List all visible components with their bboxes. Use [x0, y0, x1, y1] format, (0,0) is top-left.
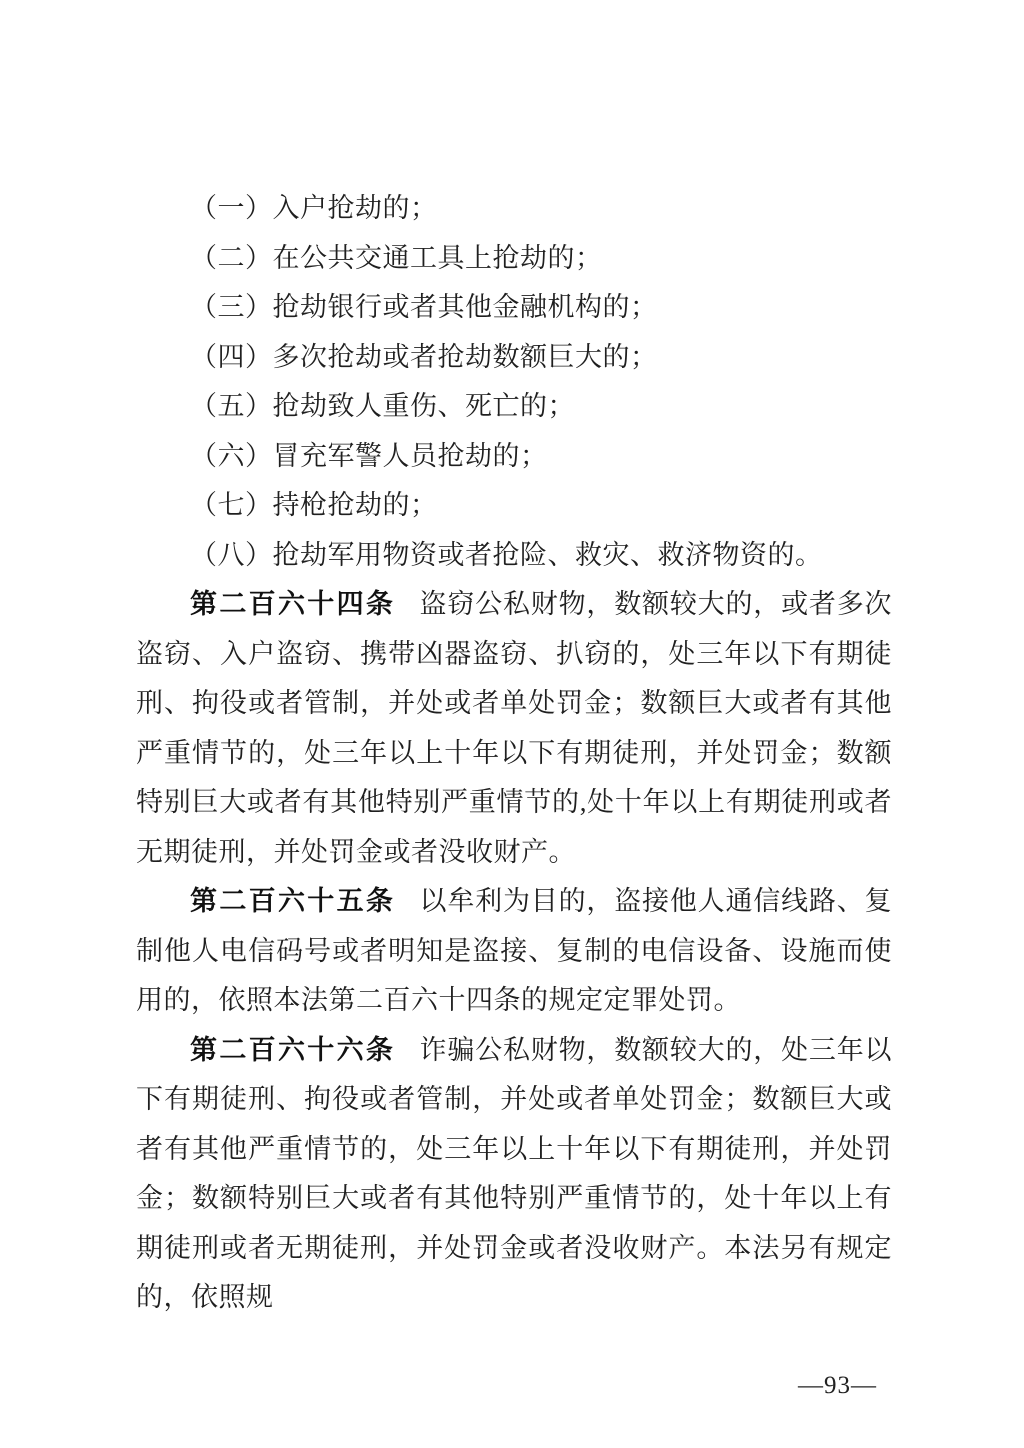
list-item-5: （五）抢劫致人重伤、死亡的； — [136, 382, 892, 432]
article-266-paragraph: 第二百六十六条诈骗公私财物，数额较大的，处三年以下有期徒刑、拘役或者管制，并处或… — [136, 1026, 892, 1323]
list-item-8: （八）抢劫军用物资或者抢险、救灾、救济物资的。 — [136, 531, 892, 581]
article-264-text: 盗窃公私财物，数额较大的，或者多次盗窃、入户盗窃、携带凶器盗窃、扒窃的，处三年以… — [136, 589, 892, 867]
list-item-2: （二）在公共交通工具上抢劫的； — [136, 234, 892, 284]
article-266-text: 诈骗公私财物，数额较大的，处三年以下有期徒刑、拘役或者管制，并处或者单处罚金；数… — [136, 1035, 892, 1313]
article-265-paragraph: 第二百六十五条以牟利为目的，盗接他人通信线路、复制他人电信码号或者明知是盗接、复… — [136, 877, 892, 1026]
article-264-number: 第二百六十四条 — [190, 589, 395, 619]
list-item-4: （四）多次抢劫或者抢劫数额巨大的； — [136, 333, 892, 383]
list-item-3: （三）抢劫银行或者其他金融机构的； — [136, 283, 892, 333]
article-266-number: 第二百六十六条 — [190, 1035, 395, 1065]
document-page: （一）入户抢劫的； （二）在公共交通工具上抢劫的； （三）抢劫银行或者其他金融机… — [0, 0, 1024, 1448]
list-item-6: （六）冒充军警人员抢劫的； — [136, 432, 892, 482]
list-item-1: （一）入户抢劫的； — [136, 184, 892, 234]
list-item-7: （七）持枪抢劫的； — [136, 481, 892, 531]
page-number: —93— — [798, 1372, 877, 1400]
document-body: （一）入户抢劫的； （二）在公共交通工具上抢劫的； （三）抢劫银行或者其他金融机… — [136, 184, 892, 1323]
article-264-paragraph: 第二百六十四条盗窃公私财物，数额较大的，或者多次盗窃、入户盗窃、携带凶器盗窃、扒… — [136, 580, 892, 877]
article-265-number: 第二百六十五条 — [190, 886, 395, 916]
